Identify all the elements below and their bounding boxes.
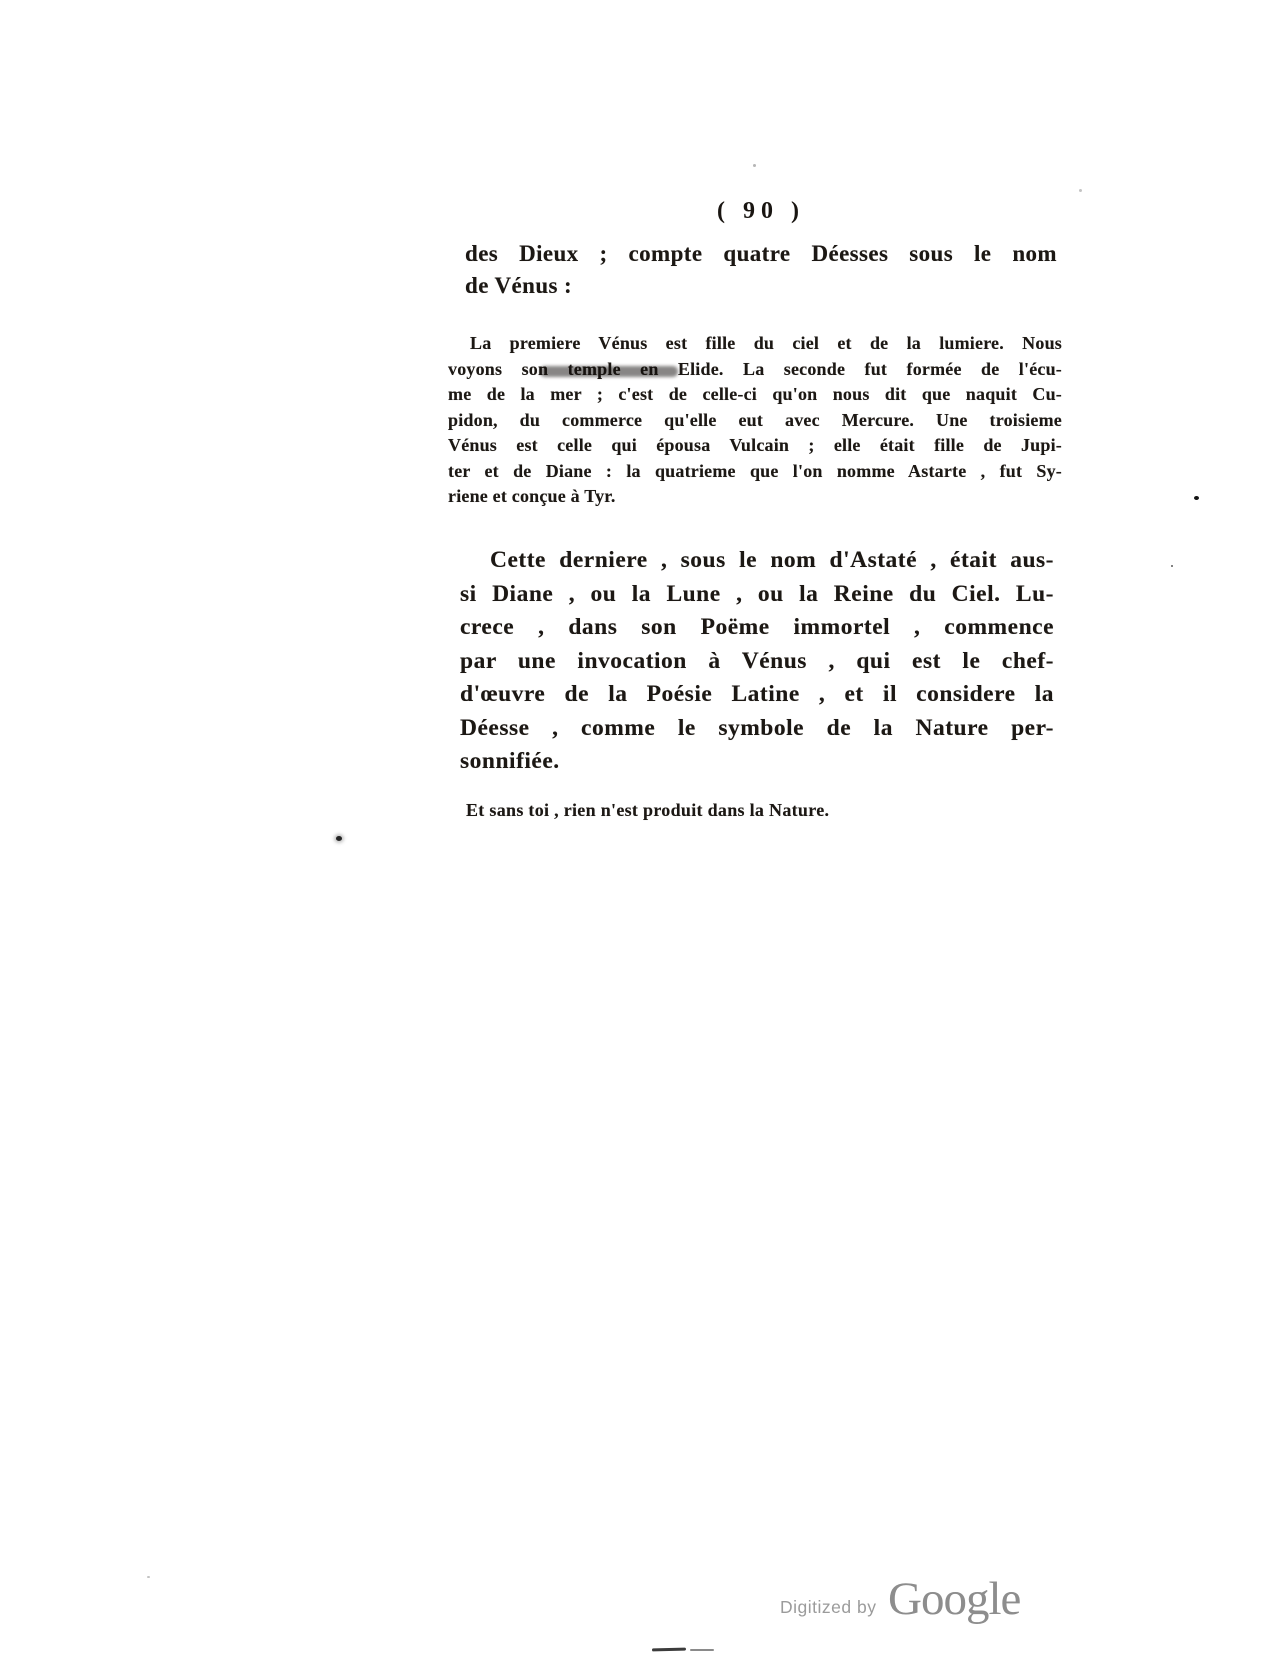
digitized-by-label: Digitized by — [780, 1597, 876, 1618]
scan-speck — [753, 164, 756, 167]
text-line: par une invocation à Vénus , qui est le … — [460, 645, 1054, 679]
scan-speck — [1171, 565, 1173, 567]
text-line: d'œuvre de la Poésie Latine , et il cons… — [460, 678, 1054, 712]
text-line: sonnifiée. — [460, 745, 1054, 779]
text-line: pidon, du commerce qu'elle eut avec Merc… — [448, 408, 1062, 434]
scan-artifact-dash — [652, 1648, 686, 1652]
text-line: La premiere Vénus est fille du ciel et d… — [448, 331, 1062, 357]
scanned-book-page: ( 90 ) des Dieux ; compte quatre Déesses… — [0, 0, 1280, 1660]
text-line: Vénus est celle qui épousa Vulcain ; ell… — [448, 433, 1062, 459]
text-line: de Vénus : — [465, 270, 1057, 302]
scan-speck — [336, 836, 342, 841]
scan-speck — [1194, 496, 1199, 500]
scan-speck — [1079, 189, 1082, 192]
text-line: Déesse , comme le symbole de la Nature p… — [460, 712, 1054, 746]
scan-artifact-dash — [690, 1649, 714, 1651]
paragraph-astate: Cette derniere , sous le nom d'Astaté , … — [460, 544, 1054, 779]
paragraph-intro: des Dieux ; compte quatre Déesses sous l… — [465, 238, 1057, 302]
ink-smudge — [540, 366, 678, 377]
google-logo: Google — [888, 1572, 1020, 1626]
text-line: ter et de Diane : la quatrieme que l'on … — [448, 459, 1062, 485]
blockquote-four-venus: La premiere Vénus est fille du ciel et d… — [448, 331, 1062, 510]
text-line: crece , dans son Poëme immortel , commen… — [460, 611, 1054, 645]
text-line: Cette derniere , sous le nom d'Astaté , … — [460, 544, 1054, 578]
text-line: riene et conçue à Tyr. — [448, 484, 1062, 510]
text-line: si Diane , ou la Lune , ou la Reine du C… — [460, 578, 1054, 612]
text-line: des Dieux ; compte quatre Déesses sous l… — [465, 238, 1057, 270]
page-number: ( 90 ) — [465, 198, 1057, 225]
text-line: me de la mer ; c'est de celle-ci qu'on n… — [448, 382, 1062, 408]
verse-quote-lucretius: Et sans toi , rien n'est produit dans la… — [452, 798, 1046, 823]
text-line: Et sans toi , rien n'est produit dans la… — [452, 798, 1046, 823]
scan-speck — [147, 1576, 150, 1578]
